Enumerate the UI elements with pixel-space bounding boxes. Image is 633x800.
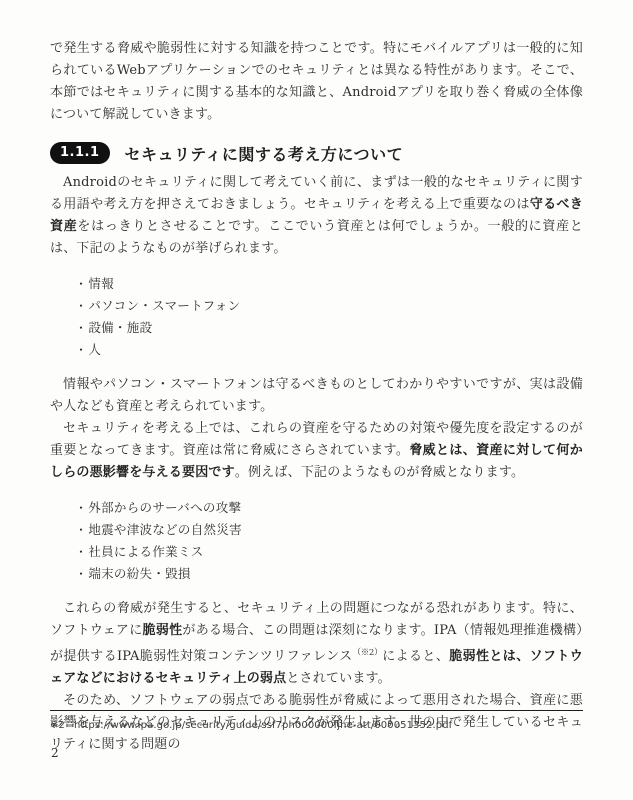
list-item: パソコン・スマートフォン <box>75 295 583 317</box>
emphasis-vulnerability: 脆弱性 <box>143 623 183 638</box>
page-number: 2 <box>51 746 59 760</box>
text-segment: とされています。 <box>286 671 391 686</box>
paragraph-vulnerability-definition: これらの脅威が発生すると、セキュリティ上の問題につながる恐れがあります。特に、ソ… <box>50 598 583 690</box>
paragraph-threat-definition: セキュリティを考える上では、これらの資産を守るための対策や優先度を設定するのが重… <box>50 418 583 484</box>
section-title: セキュリティに関する考え方について <box>125 142 404 165</box>
footnote-marker: ※2 <box>50 720 65 731</box>
assets-list: 情報 パソコン・スマートフォン 設備・施設 人 <box>50 273 583 361</box>
section-number-badge: 1.1.1 <box>50 142 110 164</box>
document-page: で発生する脅威や脆弱性に対する知識を持つことです。特にモバイルアプリは一般的に知… <box>0 0 633 800</box>
footnote-divider: ※2https://www.ipa.go.jp/security/guide/s… <box>50 710 583 731</box>
paragraph-continuation: で発生する脅威や脆弱性に対する知識を持つことです。特にモバイルアプリは一般的に知… <box>50 38 583 126</box>
footnote-url: https://www.ipa.go.jp/security/guide/ssf… <box>74 720 452 731</box>
section-heading: 1.1.1 セキュリティに関する考え方について <box>50 140 583 166</box>
list-item: 設備・施設 <box>75 317 583 339</box>
text-segment: Androidのセキュリティに関して考えていく前に、まずは一般的なセキュリティに… <box>50 175 583 212</box>
list-item: 端末の紛失・毀損 <box>75 563 583 585</box>
list-item: 外部からのサーバへの攻撃 <box>75 497 583 519</box>
text-segment: によると、 <box>382 649 449 664</box>
list-item: 社員による作業ミス <box>75 541 583 563</box>
text-segment: をはっきりとさせることです。ここでいう資産とは何でしょうか。一般的に資産とは、下… <box>50 219 583 256</box>
threats-list: 外部からのサーバへの攻撃 地震や津波などの自然災害 社員による作業ミス 端末の紛… <box>50 497 583 585</box>
list-item: 情報 <box>75 273 583 295</box>
paragraph-security-terms: Androidのセキュリティに関して考えていく前に、まずは一般的なセキュリティに… <box>50 172 583 260</box>
list-item: 人 <box>75 339 583 361</box>
list-item: 地震や津波などの自然災害 <box>75 519 583 541</box>
footnote: ※2https://www.ipa.go.jp/security/guide/s… <box>50 720 583 731</box>
footnote-reference-2: （※2） <box>353 648 383 658</box>
text-segment: 。例えば、下記のようなものが脅威となります。 <box>235 465 524 480</box>
paragraph-assets-explanation: 情報やパソコン・スマートフォンは守るべきものとしてわかりやすいですが、実は設備や… <box>50 374 583 418</box>
